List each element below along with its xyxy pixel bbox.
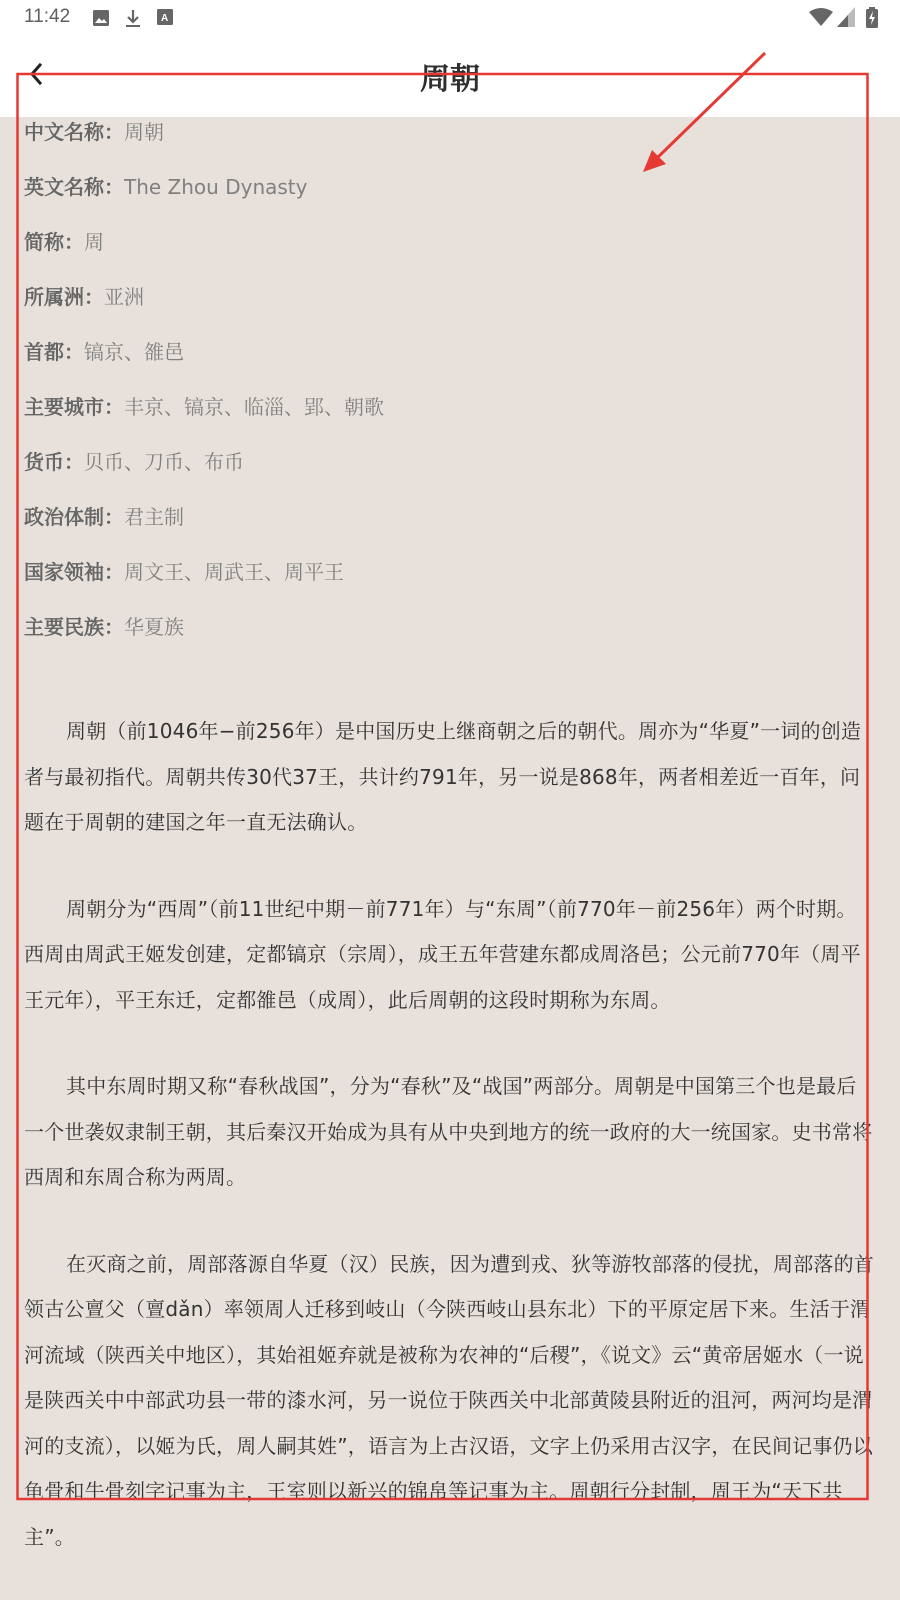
page-title: 周朝 bbox=[0, 54, 900, 98]
info-row-short-name: 简称：周 bbox=[24, 227, 876, 282]
status-time: 11:42 bbox=[24, 6, 70, 28]
info-row-capital: 首都：镐京、雒邑 bbox=[24, 337, 876, 392]
info-value: 镐京、雒邑 bbox=[84, 340, 184, 364]
status-bar: 11:42 A bbox=[0, 0, 900, 36]
info-list: 中文名称：周朝 英文名称：The Zhou Dynasty 简称：周 所属洲：亚… bbox=[24, 117, 876, 667]
battery-charging-icon bbox=[866, 7, 878, 28]
info-label: 政治体制： bbox=[24, 505, 124, 529]
app-bar: 周朝 bbox=[0, 36, 900, 117]
paragraph-origins: 在灭商之前，周部落源自华夏（汉）民族，因为遭到戎、狄等游牧部落的侵扰，周部落的首… bbox=[24, 1242, 876, 1561]
info-row-political-system: 政治体制：君主制 bbox=[24, 502, 876, 557]
info-label: 货币： bbox=[24, 450, 84, 474]
download-icon bbox=[124, 9, 142, 29]
info-row-continent: 所属洲：亚洲 bbox=[24, 282, 876, 337]
info-value: 华夏族 bbox=[124, 615, 184, 639]
signal-icon bbox=[837, 7, 855, 27]
info-label: 主要城市： bbox=[24, 395, 124, 419]
spacer bbox=[24, 1201, 876, 1242]
info-label: 主要民族： bbox=[24, 615, 124, 639]
spacer bbox=[24, 667, 876, 709]
paragraph-periods: 周朝分为“西周”（前11世纪中期－前771年）与“东周”（前770年－前256年… bbox=[24, 887, 876, 1024]
info-row-leaders: 国家领袖：周文王、周武王、周平王 bbox=[24, 557, 876, 612]
info-row-chinese-name: 中文名称：周朝 bbox=[24, 117, 876, 172]
text-a-icon: A bbox=[157, 9, 173, 25]
info-label: 国家领袖： bbox=[24, 560, 124, 584]
info-row-english-name: 英文名称：The Zhou Dynasty bbox=[24, 172, 876, 227]
info-label: 中文名称： bbox=[24, 120, 124, 144]
info-row-ethnic-group: 主要民族：华夏族 bbox=[24, 612, 876, 667]
info-value: 丰京、镐京、临淄、郢、朝歌 bbox=[124, 395, 384, 419]
info-value: 贝币、刀币、布币 bbox=[84, 450, 244, 474]
info-value: 周朝 bbox=[124, 120, 164, 144]
info-value: 君主制 bbox=[124, 505, 184, 529]
spacer bbox=[24, 1023, 876, 1064]
svg-text:A: A bbox=[161, 13, 168, 24]
info-row-major-cities: 主要城市：丰京、镐京、临淄、郢、朝歌 bbox=[24, 392, 876, 447]
info-label: 所属洲： bbox=[24, 285, 104, 309]
info-value: 周文王、周武王、周平王 bbox=[124, 560, 344, 584]
info-value: The Zhou Dynasty bbox=[124, 175, 307, 199]
wifi-icon bbox=[809, 8, 833, 26]
info-label: 首都： bbox=[24, 340, 84, 364]
content-area: 中文名称：周朝 英文名称：The Zhou Dynasty 简称：周 所属洲：亚… bbox=[24, 117, 876, 1560]
info-value: 周 bbox=[84, 230, 104, 254]
info-label: 简称： bbox=[24, 230, 84, 254]
spacer bbox=[24, 846, 876, 887]
paragraph-intro: 周朝（前1046年−前256年）是中国历史上继商朝之后的朝代。周亦为“华夏”一词… bbox=[24, 709, 876, 846]
image-icon bbox=[92, 9, 110, 27]
paragraph-eastern-zhou: 其中东周时期又称“春秋战国”，分为“春秋”及“战国”两部分。周朝是中国第三个也是… bbox=[24, 1064, 876, 1201]
info-row-currency: 货币：贝币、刀币、布币 bbox=[24, 447, 876, 502]
info-value: 亚洲 bbox=[104, 285, 144, 309]
info-label: 英文名称： bbox=[24, 175, 124, 199]
